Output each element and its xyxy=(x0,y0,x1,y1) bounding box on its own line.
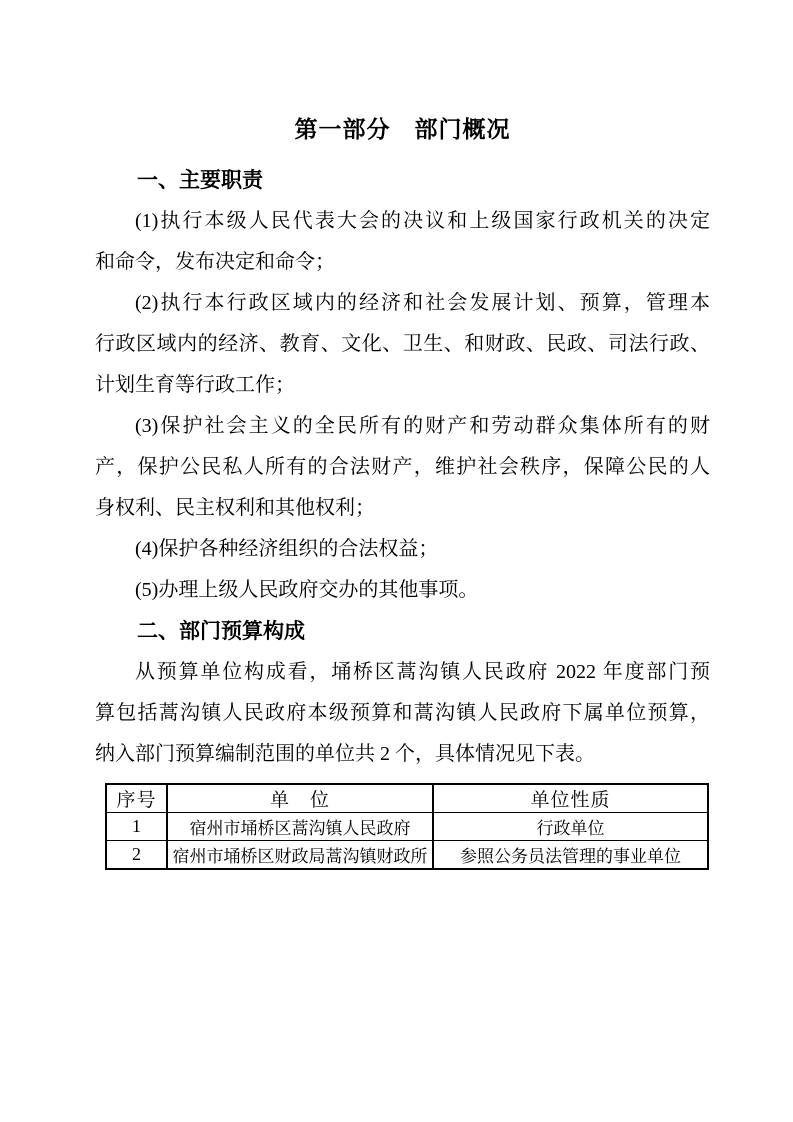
budget-units-table: 序号单 位单位性质 1宿州市埇桥区蒿沟镇人民政府行政单位2宿州市埇桥区财政局蒿沟… xyxy=(105,783,709,870)
paragraph-line: (1)执行本级人民代表大会的决议和上级国家行政机关的决定 xyxy=(95,201,710,242)
unit-name-cell: 宿州市埇桥区财政局蒿沟镇财政所 xyxy=(167,841,433,870)
paragraph: (2)执行本行政区域内的经济和社会发展计划、预算，管理本行政区域内的经济、教育、… xyxy=(95,283,710,406)
table-header-cell: 单位性质 xyxy=(433,784,708,813)
section-heading: 二、部门预算构成 xyxy=(95,611,710,652)
paragraph-line: (4)保护各种经济组织的合法权益； xyxy=(95,529,710,570)
table-header: 序号单 位单位性质 xyxy=(106,784,708,813)
paragraph-line: 计划生育等行政工作； xyxy=(95,365,710,406)
table-row: 1宿州市埇桥区蒿沟镇人民政府行政单位 xyxy=(106,813,708,841)
page-title: 第一部分 部门概况 xyxy=(95,114,710,144)
paragraph-line: 行政区域内的经济、教育、文化、卫生、和财政、民政、司法行政、 xyxy=(95,324,710,365)
paragraph: (1)执行本级人民代表大会的决议和上级国家行政机关的决定和命令，发布决定和命令； xyxy=(95,201,710,283)
paragraph: (5)办理上级人民政府交办的其他事项。 xyxy=(95,570,710,611)
paragraph-line: (2)执行本行政区域内的经济和社会发展计划、预算，管理本 xyxy=(95,283,710,324)
paragraph-line: 和命令，发布决定和命令； xyxy=(95,242,710,283)
paragraph-line: (3)保护社会主义的全民所有的财产和劳动群众集体所有的财 xyxy=(95,406,710,447)
row-number-cell: 1 xyxy=(106,813,167,841)
table-header-cell: 序号 xyxy=(106,784,167,813)
heading-text: 一、主要职责 xyxy=(95,160,710,201)
unit-name-cell: 宿州市埇桥区蒿沟镇人民政府 xyxy=(167,813,433,841)
paragraph-line: 产，保护公民私人所有的合法财产，维护社会秩序，保障公民的人 xyxy=(95,447,710,488)
row-number-cell: 2 xyxy=(106,841,167,870)
table-body: 1宿州市埇桥区蒿沟镇人民政府行政单位2宿州市埇桥区财政局蒿沟镇财政所参照公务员法… xyxy=(106,813,708,870)
paragraph-line: 身权利、民主权利和其他权利； xyxy=(95,488,710,529)
document-body: 一、主要职责(1)执行本级人民代表大会的决议和上级国家行政机关的决定和命令，发布… xyxy=(95,160,710,775)
heading-text: 二、部门预算构成 xyxy=(95,611,710,652)
paragraph-line: 纳入部门预算编制范围的单位共 2 个，具体情况见下表。 xyxy=(95,734,710,775)
paragraph: 从预算单位构成看，埇桥区蒿沟镇人民政府 2022 年度部门预算包括蒿沟镇人民政府… xyxy=(95,652,710,775)
section-heading: 一、主要职责 xyxy=(95,160,710,201)
paragraph: (4)保护各种经济组织的合法权益； xyxy=(95,529,710,570)
document-page: 第一部分 部门概况 一、主要职责(1)执行本级人民代表大会的决议和上级国家行政机… xyxy=(0,0,793,1122)
paragraph: (3)保护社会主义的全民所有的财产和劳动群众集体所有的财产，保护公民私人所有的合… xyxy=(95,406,710,529)
paragraph-line: 从预算单位构成看，埇桥区蒿沟镇人民政府 2022 年度部门预 xyxy=(95,652,710,693)
paragraph-line: 算包括蒿沟镇人民政府本级预算和蒿沟镇人民政府下属单位预算， xyxy=(95,693,710,734)
table-header-row: 序号单 位单位性质 xyxy=(106,784,708,813)
unit-type-cell: 参照公务员法管理的事业单位 xyxy=(433,841,708,870)
paragraph-line: (5)办理上级人民政府交办的其他事项。 xyxy=(95,570,710,611)
unit-type-cell: 行政单位 xyxy=(433,813,708,841)
table-header-cell: 单 位 xyxy=(167,784,433,813)
table-row: 2宿州市埇桥区财政局蒿沟镇财政所参照公务员法管理的事业单位 xyxy=(106,841,708,870)
